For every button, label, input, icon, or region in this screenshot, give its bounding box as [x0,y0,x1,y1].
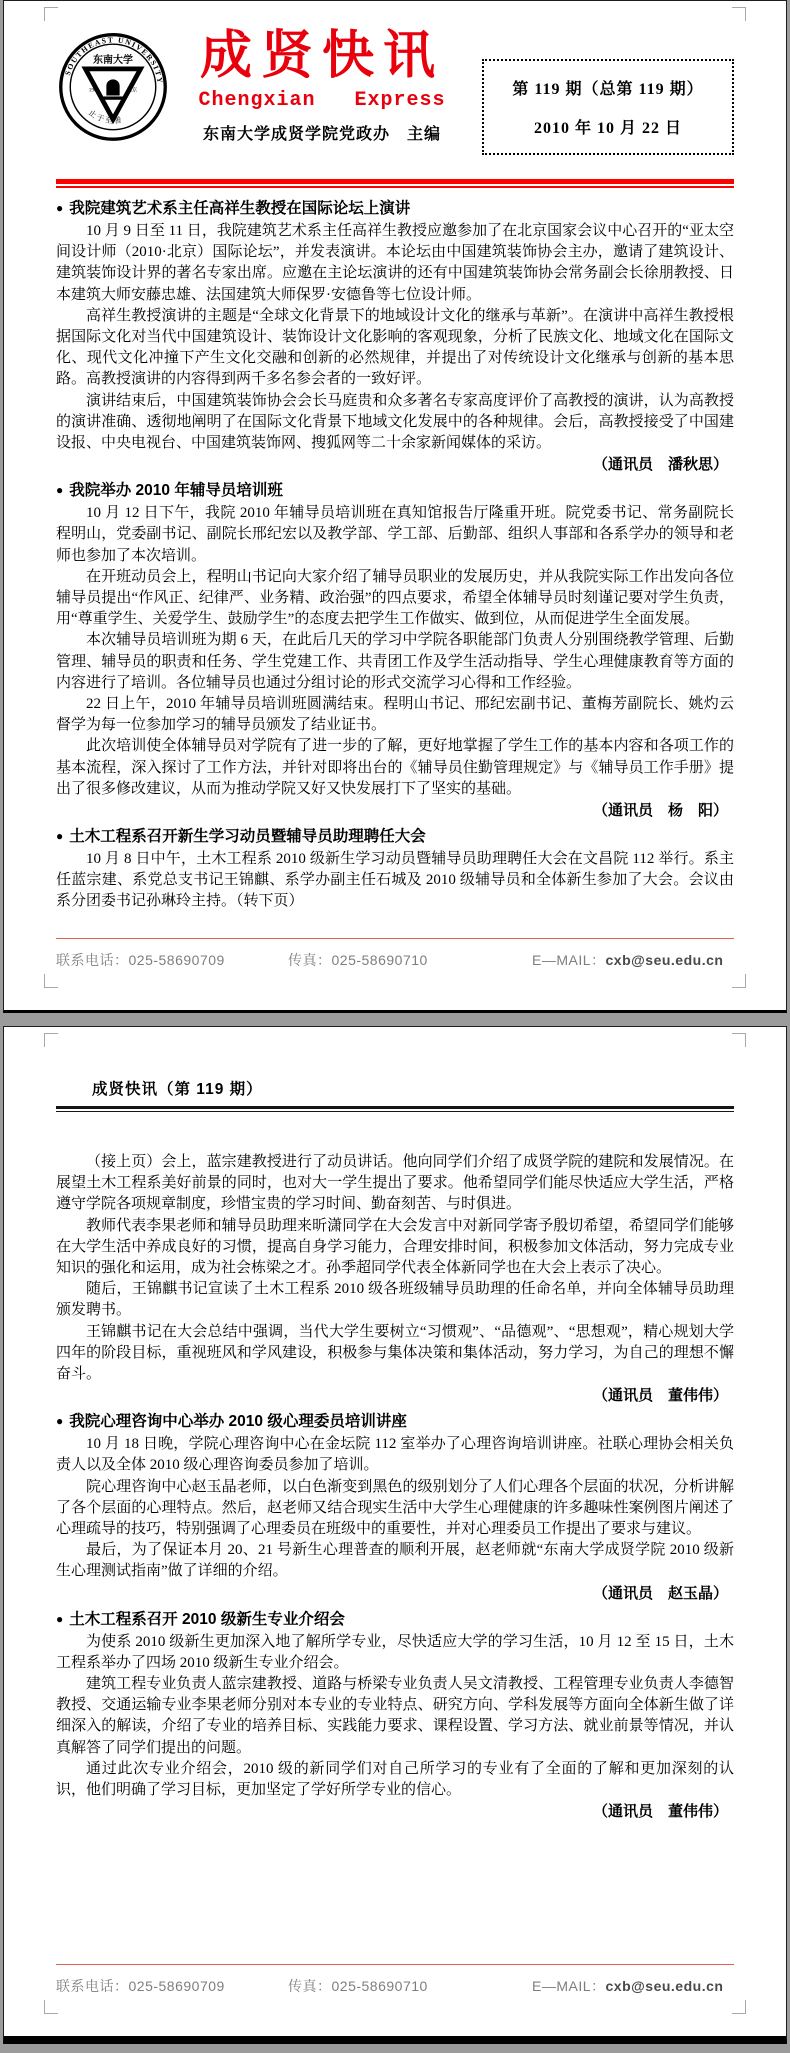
svg-text:1902: 1902 [89,88,100,94]
article-paragraph: 本次辅导员培训班为期 6 天，在此后几天的学习中学院各职能部门负责人分别围绕教学… [56,630,734,694]
masthead-title-block: 成贤快讯 Chengxian Express 东南大学成贤学院党政办 主编 [188,27,456,144]
seu-logo: SOUTHEAST UNIVERSITY 东南大学 1902 南京 止于至善 [56,27,172,150]
bullet-icon: ● [56,483,63,497]
margin-corner-mark [732,1033,746,1047]
article-title: ●土木工程系召开新生学习动员暨辅导员助理聘任大会 [56,825,734,848]
article-paragraph: 最后，为了保证本月 20、21 号新生心理普查的顺利开展，赵老师就“东南大学成贤… [56,1540,734,1582]
article-paragraph: 10 月 18 日晚，学院心理咨询中心在金坛院 112 室举办了心理咨询培训讲座… [56,1434,734,1476]
footer-fax: 传真：025-58690710 [288,1976,532,1996]
margin-corner-mark [732,2000,746,2014]
article-paragraph: 10 月 8 日中午，土木工程系 2010 级新生学习动员暨辅导员助理聘任大会在… [56,849,734,913]
issue-number: 第 119 期（总第 119 期） [512,76,703,99]
footer-divider [56,1964,734,1965]
article-byline: （通讯员 杨 阳） [56,800,734,822]
page2-running-header: 成贤快讯（第 119 期） [56,1077,734,1112]
article-paragraph: 院心理咨询中心赵玉晶老师，以白色渐变到黑色的级别划分了人们心理各个层面的状况，分… [56,1477,734,1541]
footer-email: E—MAIL：cxb@seu.edu.cn [532,950,723,970]
article: ●我院举办 2010 年辅导员培训班 10 月 12 日下午，我院 2010 年… [56,479,734,822]
article-byline: （通讯员 潘秋思） [56,454,734,476]
article-byline: （通讯员 赵玉晶） [56,1583,734,1605]
masthead: SOUTHEAST UNIVERSITY 东南大学 1902 南京 止于至善 成… [56,27,734,165]
article: ●土木工程系召开 2010 级新生专业介绍会 为使系 2010 级新生更加深入地… [56,1608,734,1824]
header-rule-thin [56,1111,734,1112]
article-paragraph: 此次培训使全体辅导员对学院有了进一步的了解，更好地掌握了学生工作的基本内容和各项… [56,736,734,800]
running-header-title: 成贤快讯（第 119 期） [92,1077,734,1099]
article-byline: （通讯员 董伟伟） [56,1801,734,1823]
bullet-icon: ● [56,1414,63,1428]
page-footer: 联系电话：025-58690709 传真：025-58690710 E—MAIL… [56,1964,734,1996]
footer-divider [56,938,734,939]
page2-articles: （接上页）会上，蓝宗建教授进行了动员讲话。他向同学们介绍了成贤学院的建院和发展情… [56,1152,734,1823]
margin-corner-mark [44,974,58,988]
svg-text:南京: 南京 [127,86,138,94]
article: ●我院心理咨询中心举办 2010 级心理委员培训讲座 10 月 18 日晚，学院… [56,1410,734,1604]
svg-text:东南大学: 东南大学 [93,53,133,66]
margin-corner-mark [44,2000,58,2014]
article-paragraph: 为使系 2010 级新生更加深入地了解所学专业，尽快适应大学的学习生活，10 月… [56,1632,734,1674]
article-paragraph: 10 月 12 日下午，我院 2010 年辅导员培训班在真知馆报告厅隆重开班。院… [56,503,734,567]
article-title: ●我院建筑艺术系主任高祥生教授在国际论坛上演讲 [56,197,734,220]
bullet-icon: ● [56,1612,63,1626]
article-paragraph: 10 月 9 日至 11 日，我院建筑艺术系主任高祥生教授应邀参加了在北京国家会… [56,221,734,306]
article-paragraph: 通过此次专业介绍会，2010 级的新同学们对自己所学习的专业有了全面的了解和更加… [56,1759,734,1801]
article-paragraph: 演讲结束后，中国建筑装饰协会会长马庭贵和众多著名专家高度评价了高教授的演讲，认为… [56,391,734,455]
article-byline: （通讯员 董伟伟） [56,1385,734,1407]
article-paragraph: （接上页）会上，蓝宗建教授进行了动员讲话。他向同学们介绍了成贤学院的建院和发展情… [56,1152,734,1216]
newsletter-title-en: Chengxian Express [188,89,456,112]
page-footer: 联系电话：025-58690709 传真：025-58690710 E—MAIL… [56,938,734,970]
footer-fax: 传真：025-58690710 [288,950,532,970]
article-paragraph: 22 日上午，2010 年辅导员培训班圆满结束。程明山书记、邢纪宏副书记、董梅芳… [56,694,734,736]
margin-corner-mark [732,7,746,21]
article: ●土木工程系召开新生学习动员暨辅导员助理聘任大会 10 月 8 日中午，土木工程… [56,825,734,913]
newsletter-title: 成贤快讯 [188,27,456,87]
article-paragraph: 建筑工程专业负责人蓝宗建教授、道路与桥梁专业负责人吴文清教授、工程管理专业负责人… [56,1674,734,1759]
issue-info-box: 第 119 期（总第 119 期） 2010 年 10 月 22 日 [482,59,734,155]
margin-corner-mark [44,7,58,21]
page1-articles: ●我院建筑艺术系主任高祥生教授在国际论坛上演讲 10 月 9 日至 11 日，我… [56,197,734,913]
footer-phone: 联系电话：025-58690709 [56,1976,288,1996]
margin-corner-mark [732,974,746,988]
newsletter-page-1: SOUTHEAST UNIVERSITY 东南大学 1902 南京 止于至善 成… [3,0,787,1013]
editor-line: 东南大学成贤学院党政办 主编 [188,121,456,144]
article-paragraph: 在开班动员会上，程明山书记向大家介绍了辅导员职业的发展历史，并从我院实际工作出发… [56,567,734,631]
masthead-divider [56,179,734,188]
bullet-icon: ● [56,829,63,843]
footer-phone: 联系电话：025-58690709 [56,950,288,970]
article-paragraph: 高祥生教授演讲的主题是“全球文化背景下的地域设计文化的继承与革新”。在演讲中高祥… [56,306,734,391]
issue-date: 2010 年 10 月 22 日 [534,115,682,138]
article-title: ●土木工程系召开 2010 级新生专业介绍会 [56,1608,734,1631]
article: ●我院建筑艺术系主任高祥生教授在国际论坛上演讲 10 月 9 日至 11 日，我… [56,197,734,476]
university-seal-icon: SOUTHEAST UNIVERSITY 东南大学 1902 南京 止于至善 [56,27,170,145]
article-paragraph: 教师代表李果老师和辅导员助理来昕潇同学在大会发言中对新同学寄予殷切希望，希望同学… [56,1216,734,1280]
margin-corner-mark [44,1033,58,1047]
newsletter-page-2: 成贤快讯（第 119 期） （接上页）会上，蓝宗建教授进行了动员讲话。他向同学们… [3,1026,787,2044]
article-continuation: （接上页）会上，蓝宗建教授进行了动员讲话。他向同学们介绍了成贤学院的建院和发展情… [56,1152,734,1407]
article-title: ●我院举办 2010 年辅导员培训班 [56,479,734,502]
article-paragraph: 随后，王锦麒书记宣读了土木工程系 2010 级各班级辅导员助理的任命名单，并向全… [56,1279,734,1321]
article-title: ●我院心理咨询中心举办 2010 级心理委员培训讲座 [56,1410,734,1433]
footer-email: E—MAIL：cxb@seu.edu.cn [532,1976,723,1996]
bullet-icon: ● [56,201,63,215]
article-paragraph: 王锦麒书记在大会总结中强调，当代大学生要树立“习惯观”、“品德观”、“思想观”，… [56,1322,734,1386]
